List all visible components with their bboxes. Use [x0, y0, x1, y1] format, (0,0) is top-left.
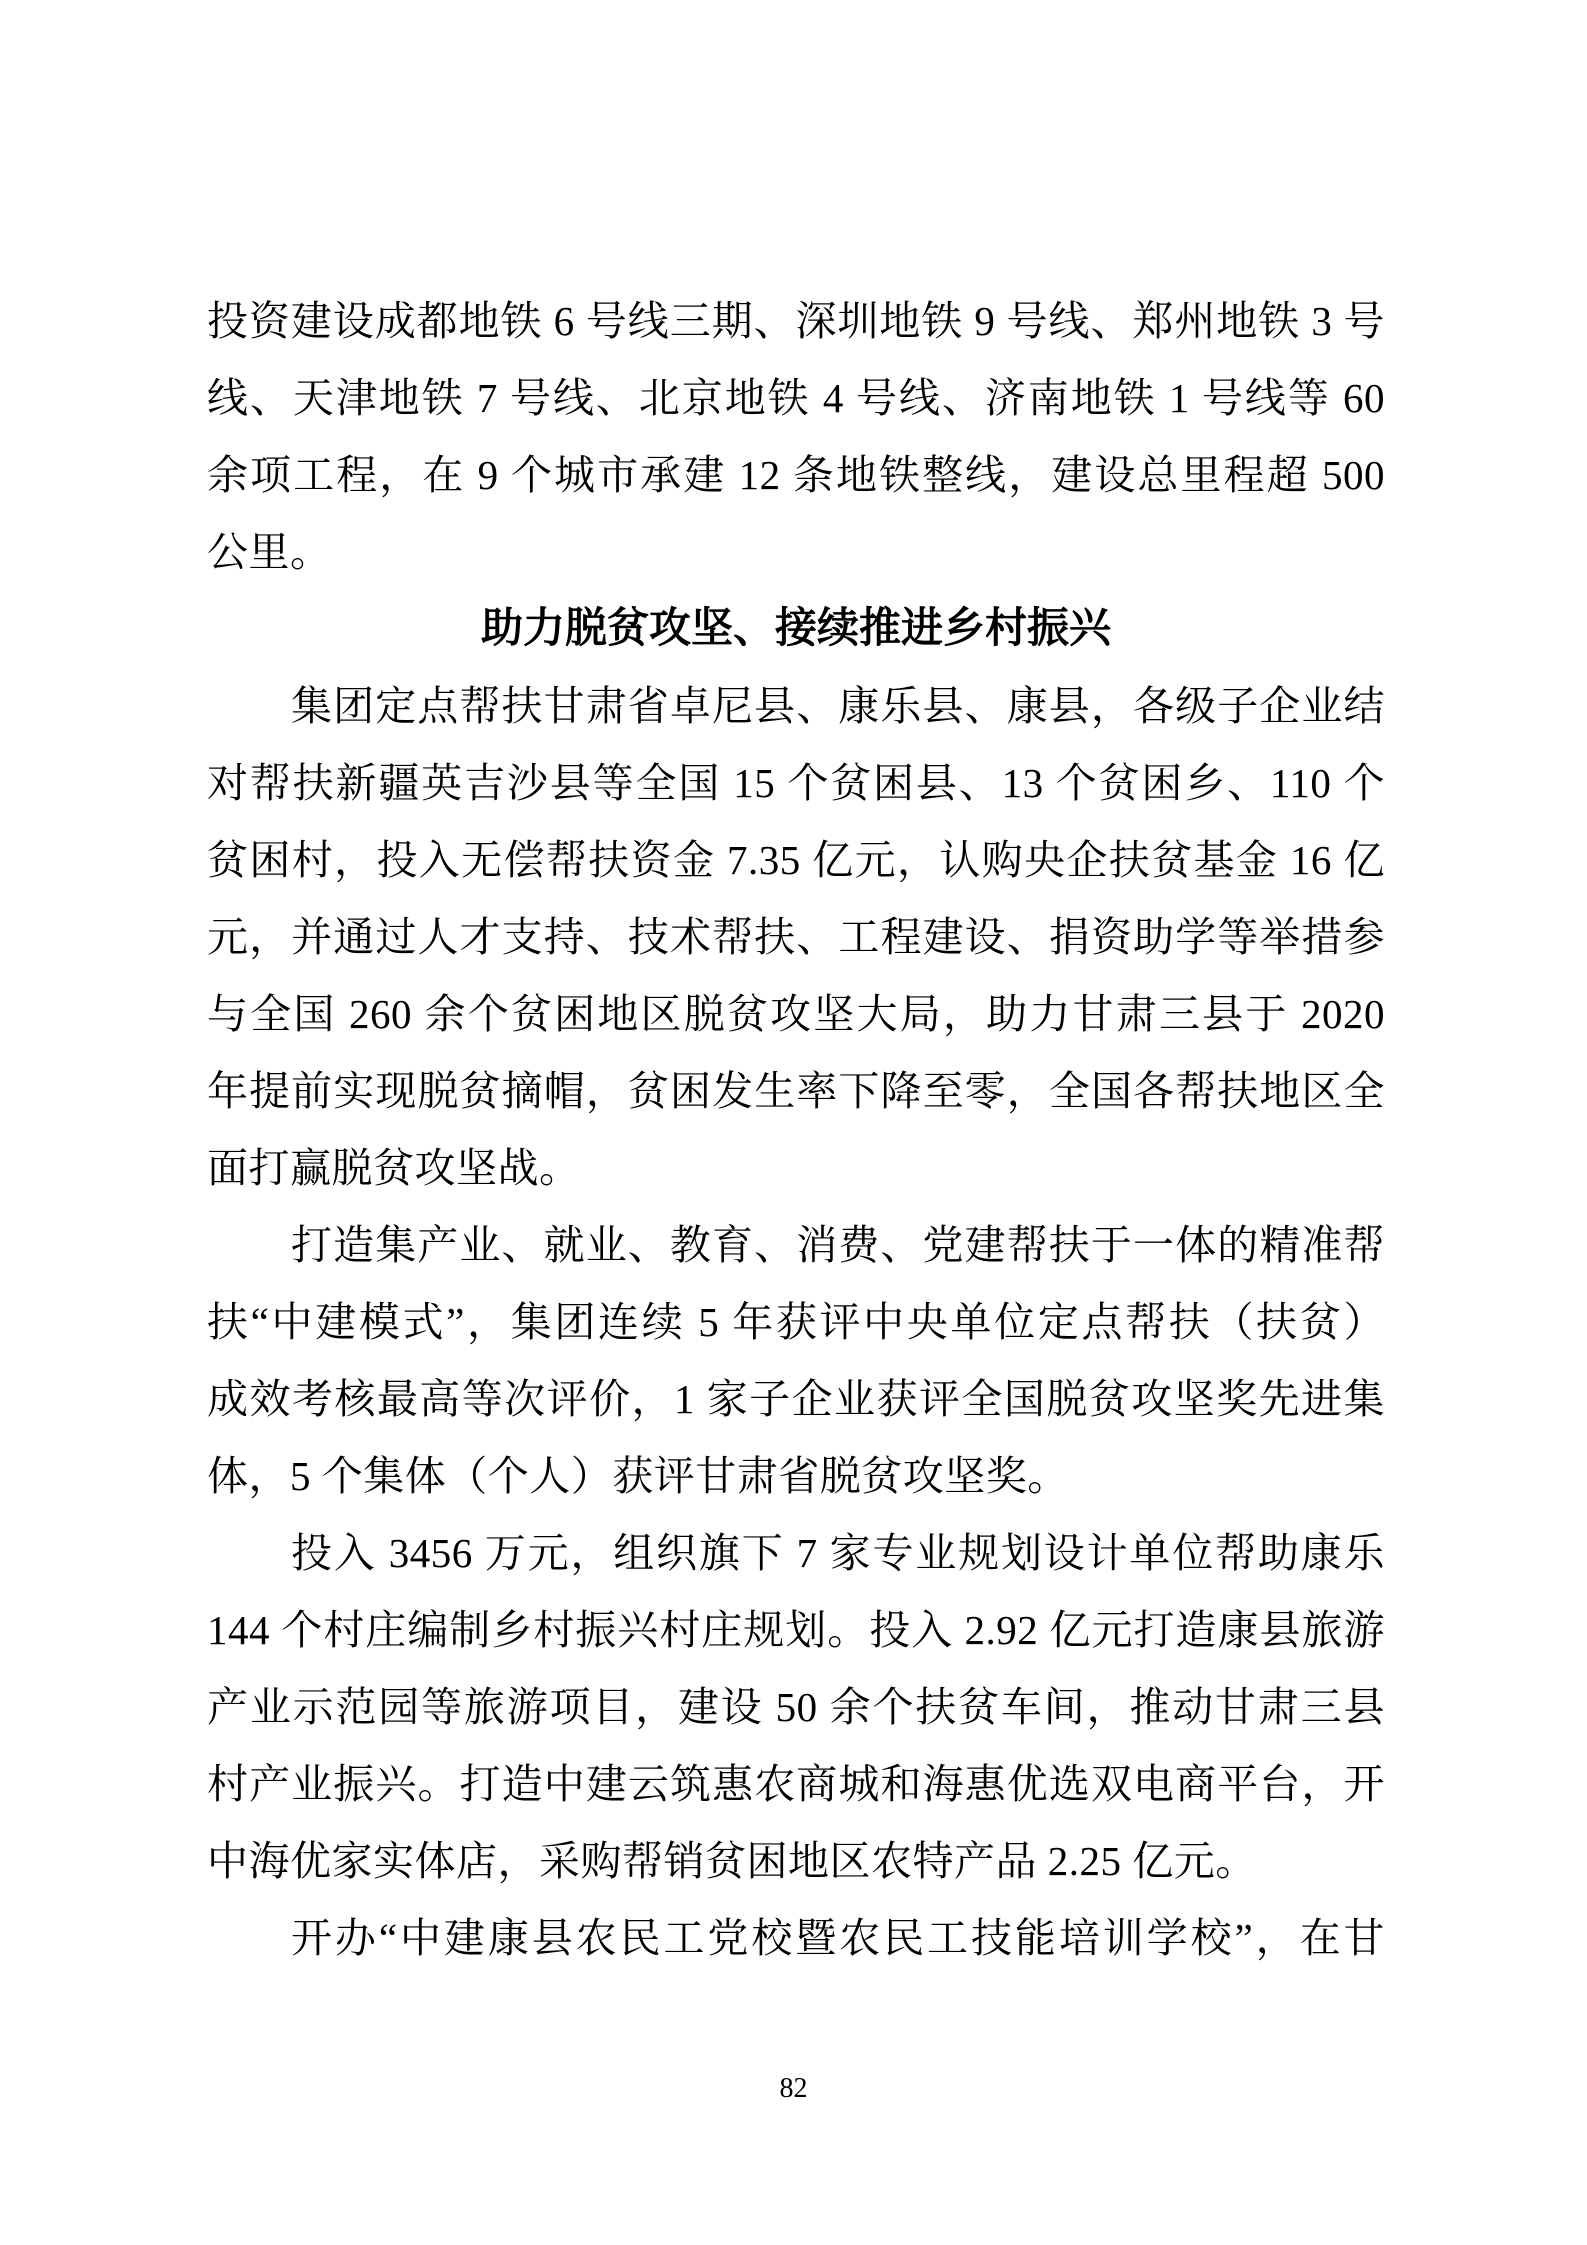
text-line: 中海优家实体店，采购帮销贫困地区农特产品 2.25 亿元。: [207, 1823, 1385, 1900]
text-line: 投资建设成都地铁 6 号线三期、深圳地铁 9 号线、郑州地铁 3 号: [207, 283, 1385, 360]
text-line: 与全国 260 余个贫困地区脱贫攻坚大局，助力甘肃三县于 2020: [207, 976, 1385, 1053]
text-line: 线、天津地铁 7 号线、北京地铁 4 号线、济南地铁 1 号线等 60: [207, 360, 1385, 437]
text-line: 面打赢脱贫攻坚战。: [207, 1130, 1385, 1207]
document-body: 投资建设成都地铁 6 号线三期、深圳地铁 9 号线、郑州地铁 3 号 线、天津地…: [207, 283, 1385, 1977]
text-line: 村产业振兴。打造中建云筑惠农商城和海惠优选双电商平台，开设: [207, 1746, 1385, 1823]
text-line: 贫困村，投入无偿帮扶资金 7.35 亿元，认购央企扶贫基金 16 亿: [207, 822, 1385, 899]
text-line: 打造集产业、就业、教育、消费、党建帮扶于一体的精准帮: [207, 1207, 1385, 1284]
text-line: 产业示范园等旅游项目，建设 50 余个扶贫车间，推动甘肃三县乡: [207, 1669, 1385, 1746]
document-page: 投资建设成都地铁 6 号线三期、深圳地铁 9 号线、郑州地铁 3 号 线、天津地…: [0, 0, 1587, 2245]
text-line: 集团定点帮扶甘肃省卓尼县、康乐县、康县，各级子企业结: [207, 668, 1385, 745]
text-line: 开办“中建康县农民工党校暨农民工技能培训学校”，在甘: [207, 1900, 1385, 1977]
section-heading: 助力脱贫攻坚、接续推进乡村振兴: [207, 591, 1385, 668]
text-line: 体，5 个集体（个人）获评甘肃省脱贫攻坚奖。: [207, 1438, 1385, 1515]
text-line: 144 个村庄编制乡村振兴村庄规划。投入 2.92 亿元打造康县旅游: [207, 1592, 1385, 1669]
text-line: 投入 3456 万元，组织旗下 7 家专业规划设计单位帮助康乐县: [207, 1515, 1385, 1592]
page-number: 82: [0, 2072, 1587, 2106]
text-line: 对帮扶新疆英吉沙县等全国 15 个贫困县、13 个贫困乡、110 个: [207, 745, 1385, 822]
text-line: 年提前实现脱贫摘帽，贫困发生率下降至零，全国各帮扶地区全: [207, 1053, 1385, 1130]
text-line: 扶“中建模式”，集团连续 5 年获评中央单位定点帮扶（扶贫）: [207, 1284, 1385, 1361]
text-line: 成效考核最高等次评价，1 家子企业获评全国脱贫攻坚奖先进集: [207, 1361, 1385, 1438]
text-line: 公里。: [207, 514, 1385, 591]
text-line: 余项工程，在 9 个城市承建 12 条地铁整线，建设总里程超 500: [207, 437, 1385, 514]
text-line: 元，并通过人才支持、技术帮扶、工程建设、捐资助学等举措参: [207, 899, 1385, 976]
